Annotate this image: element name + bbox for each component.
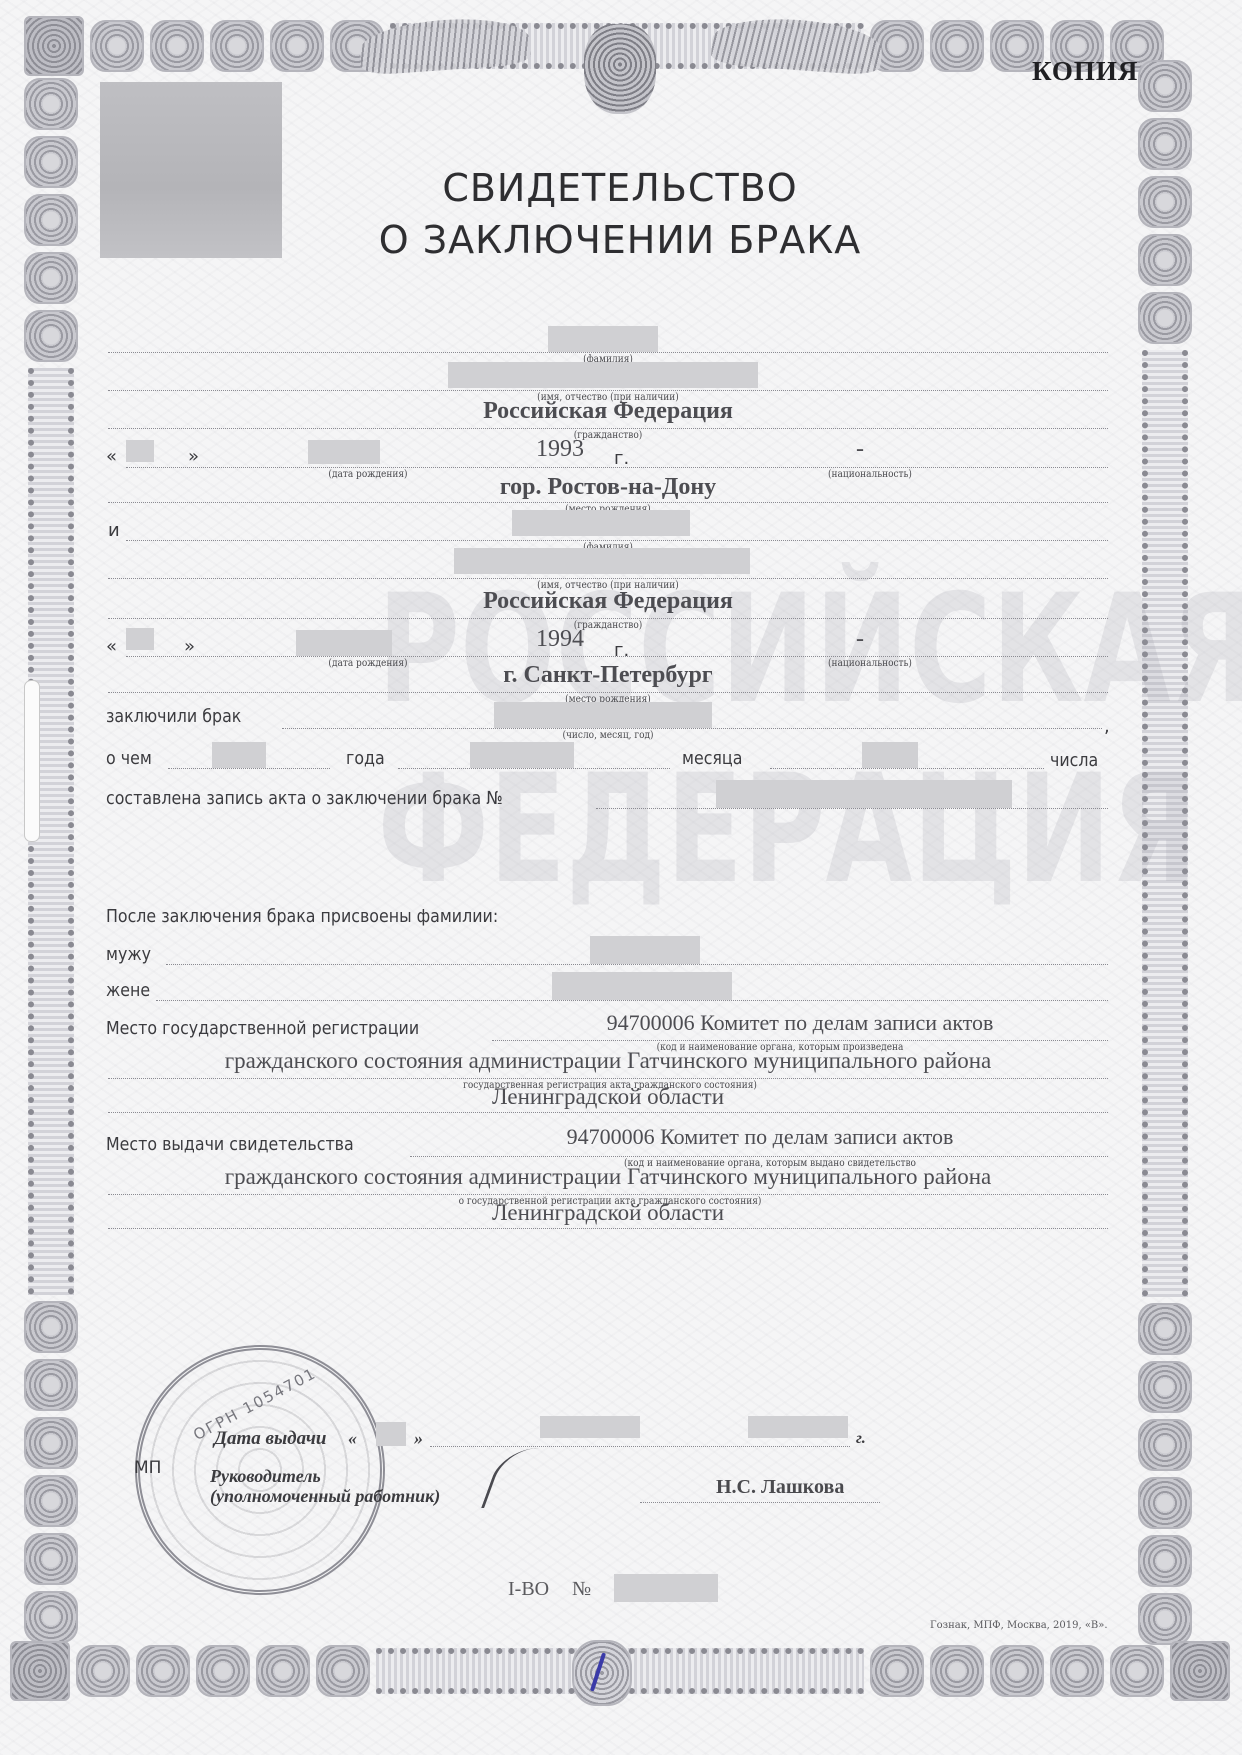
caption-marriage-date: (число, месяц, год) (536, 730, 680, 741)
redacted-block (100, 82, 282, 258)
redacted-record-day (862, 742, 918, 768)
redacted-certificate-number (614, 1574, 718, 1602)
citizenship-1: Российская Федерация (408, 398, 808, 425)
birth-year-2: 1994 (520, 626, 600, 653)
head-label: Руководитель (210, 1466, 321, 1487)
field-line (108, 428, 1108, 429)
field-line (596, 808, 1108, 809)
signatory-name: Н.С. Лашкова (716, 1476, 844, 1499)
ornamental-border-right (1140, 60, 1190, 1645)
redacted-wife-surname (552, 972, 732, 1000)
ornamental-border-left (26, 78, 76, 1643)
nationality-2: - (840, 626, 880, 653)
certificate-series: I-ВО (508, 1578, 549, 1601)
redacted-name-2 (454, 548, 750, 574)
registration-line-3: Ленинградской области (408, 1084, 808, 1110)
record-number-label: составлена запись акта о заключении брак… (106, 788, 503, 809)
copy-mark: КОПИЯ (1032, 56, 1138, 87)
field-line (410, 1156, 1108, 1157)
field-line (108, 1194, 1108, 1195)
field-line (108, 1112, 1108, 1113)
signature (481, 1448, 576, 1508)
redacted-month-2 (296, 630, 392, 656)
caption-nationality: (национальность) (807, 658, 933, 669)
redacted-record-year (212, 742, 266, 768)
redacted-issue-day (376, 1422, 406, 1446)
field-line (168, 768, 330, 769)
field-line (108, 390, 1108, 391)
month-label: месяца (682, 748, 742, 769)
record-prefix-label: о чем (106, 748, 152, 769)
issue-date-label: Дата выдачи (214, 1428, 326, 1450)
field-line (166, 964, 1108, 965)
seal-place-label: МП (134, 1458, 161, 1478)
birthplace-2: г. Санкт-Петербург (408, 662, 808, 689)
head-sublabel: (уполномоченный работник) (210, 1486, 440, 1507)
field-line (156, 1000, 1108, 1001)
field-line (126, 467, 1108, 468)
redacted-issue-year (748, 1416, 848, 1438)
connector-and: и (108, 520, 120, 541)
citizenship-2: Российская Федерация (408, 588, 808, 615)
issuance-line-1: 94700006 Комитет по делам записи актов (490, 1124, 1030, 1150)
field-line (108, 1228, 1108, 1229)
nationality-1: - (840, 436, 880, 463)
caption-nationality: (национальность) (807, 469, 933, 480)
redacted-month-1 (308, 440, 380, 464)
redacted-record-month (470, 742, 574, 768)
title-line-2: О ЗАКЛЮЧЕНИИ БРАКА (300, 214, 940, 266)
redacted-issue-month (540, 1416, 640, 1438)
redacted-record-number (716, 780, 1012, 808)
birth-year-1: 1993 (520, 436, 600, 463)
redacted-marriage-date (494, 702, 712, 728)
field-line (108, 1078, 1108, 1079)
issuance-line-2: гражданского состояния администрации Гат… (108, 1164, 1108, 1190)
redacted-day-1 (126, 440, 154, 462)
redacted-name-1 (448, 362, 758, 388)
printer-imprint: Гознак, МПФ, Москва, 2019, «В». (930, 1620, 1108, 1631)
field-line (770, 768, 1044, 769)
field-line (430, 1446, 850, 1447)
marriage-certificate: КОПИЯ СВИДЕТЕЛЬСТВО О ЗАКЛЮЧЕНИИ БРАКА Р… (0, 0, 1242, 1755)
issuance-place-label: Место выдачи свидетельства (106, 1134, 354, 1155)
redacted-husband-surname (590, 936, 700, 964)
day-label: числа (1050, 750, 1098, 771)
punch-hole (24, 680, 40, 842)
field-line (398, 768, 670, 769)
redacted-day-2 (126, 628, 154, 650)
field-line (108, 692, 1108, 693)
birthplace-1: гор. Ростов-на-Дону (408, 474, 808, 501)
registration-place-label: Место государственной регистрации (106, 1018, 419, 1039)
marriage-label: заключили брак (106, 706, 241, 727)
field-line (126, 656, 1108, 657)
field-line (126, 540, 1108, 541)
field-line (108, 578, 1108, 579)
redacted-surname-1 (548, 326, 658, 352)
border-seal-icon (572, 1640, 632, 1706)
wife-surname-label: жене (106, 980, 150, 1001)
redacted-surname-2 (512, 510, 690, 536)
husband-surname-label: мужу (106, 944, 151, 965)
issuance-line-3: Ленинградской области (408, 1200, 808, 1226)
field-line (108, 618, 1108, 619)
field-line (282, 728, 1102, 729)
document-title: СВИДЕТЕЛЬСТВО О ЗАКЛЮЧЕНИИ БРАКА (300, 162, 940, 266)
registration-line-1: 94700006 Комитет по делам записи актов (530, 1010, 1070, 1036)
coat-of-arms-icon (560, 20, 680, 120)
registration-line-2: гражданского состояния администрации Гат… (108, 1048, 1108, 1074)
field-line (108, 502, 1108, 503)
title-line-1: СВИДЕТЕЛЬСТВО (300, 162, 940, 214)
field-line (640, 1502, 880, 1503)
surnames-heading: После заключения брака присвоены фамилии… (106, 906, 498, 927)
field-line (108, 352, 1108, 353)
field-line (492, 1040, 1108, 1041)
year-label: года (346, 748, 385, 769)
